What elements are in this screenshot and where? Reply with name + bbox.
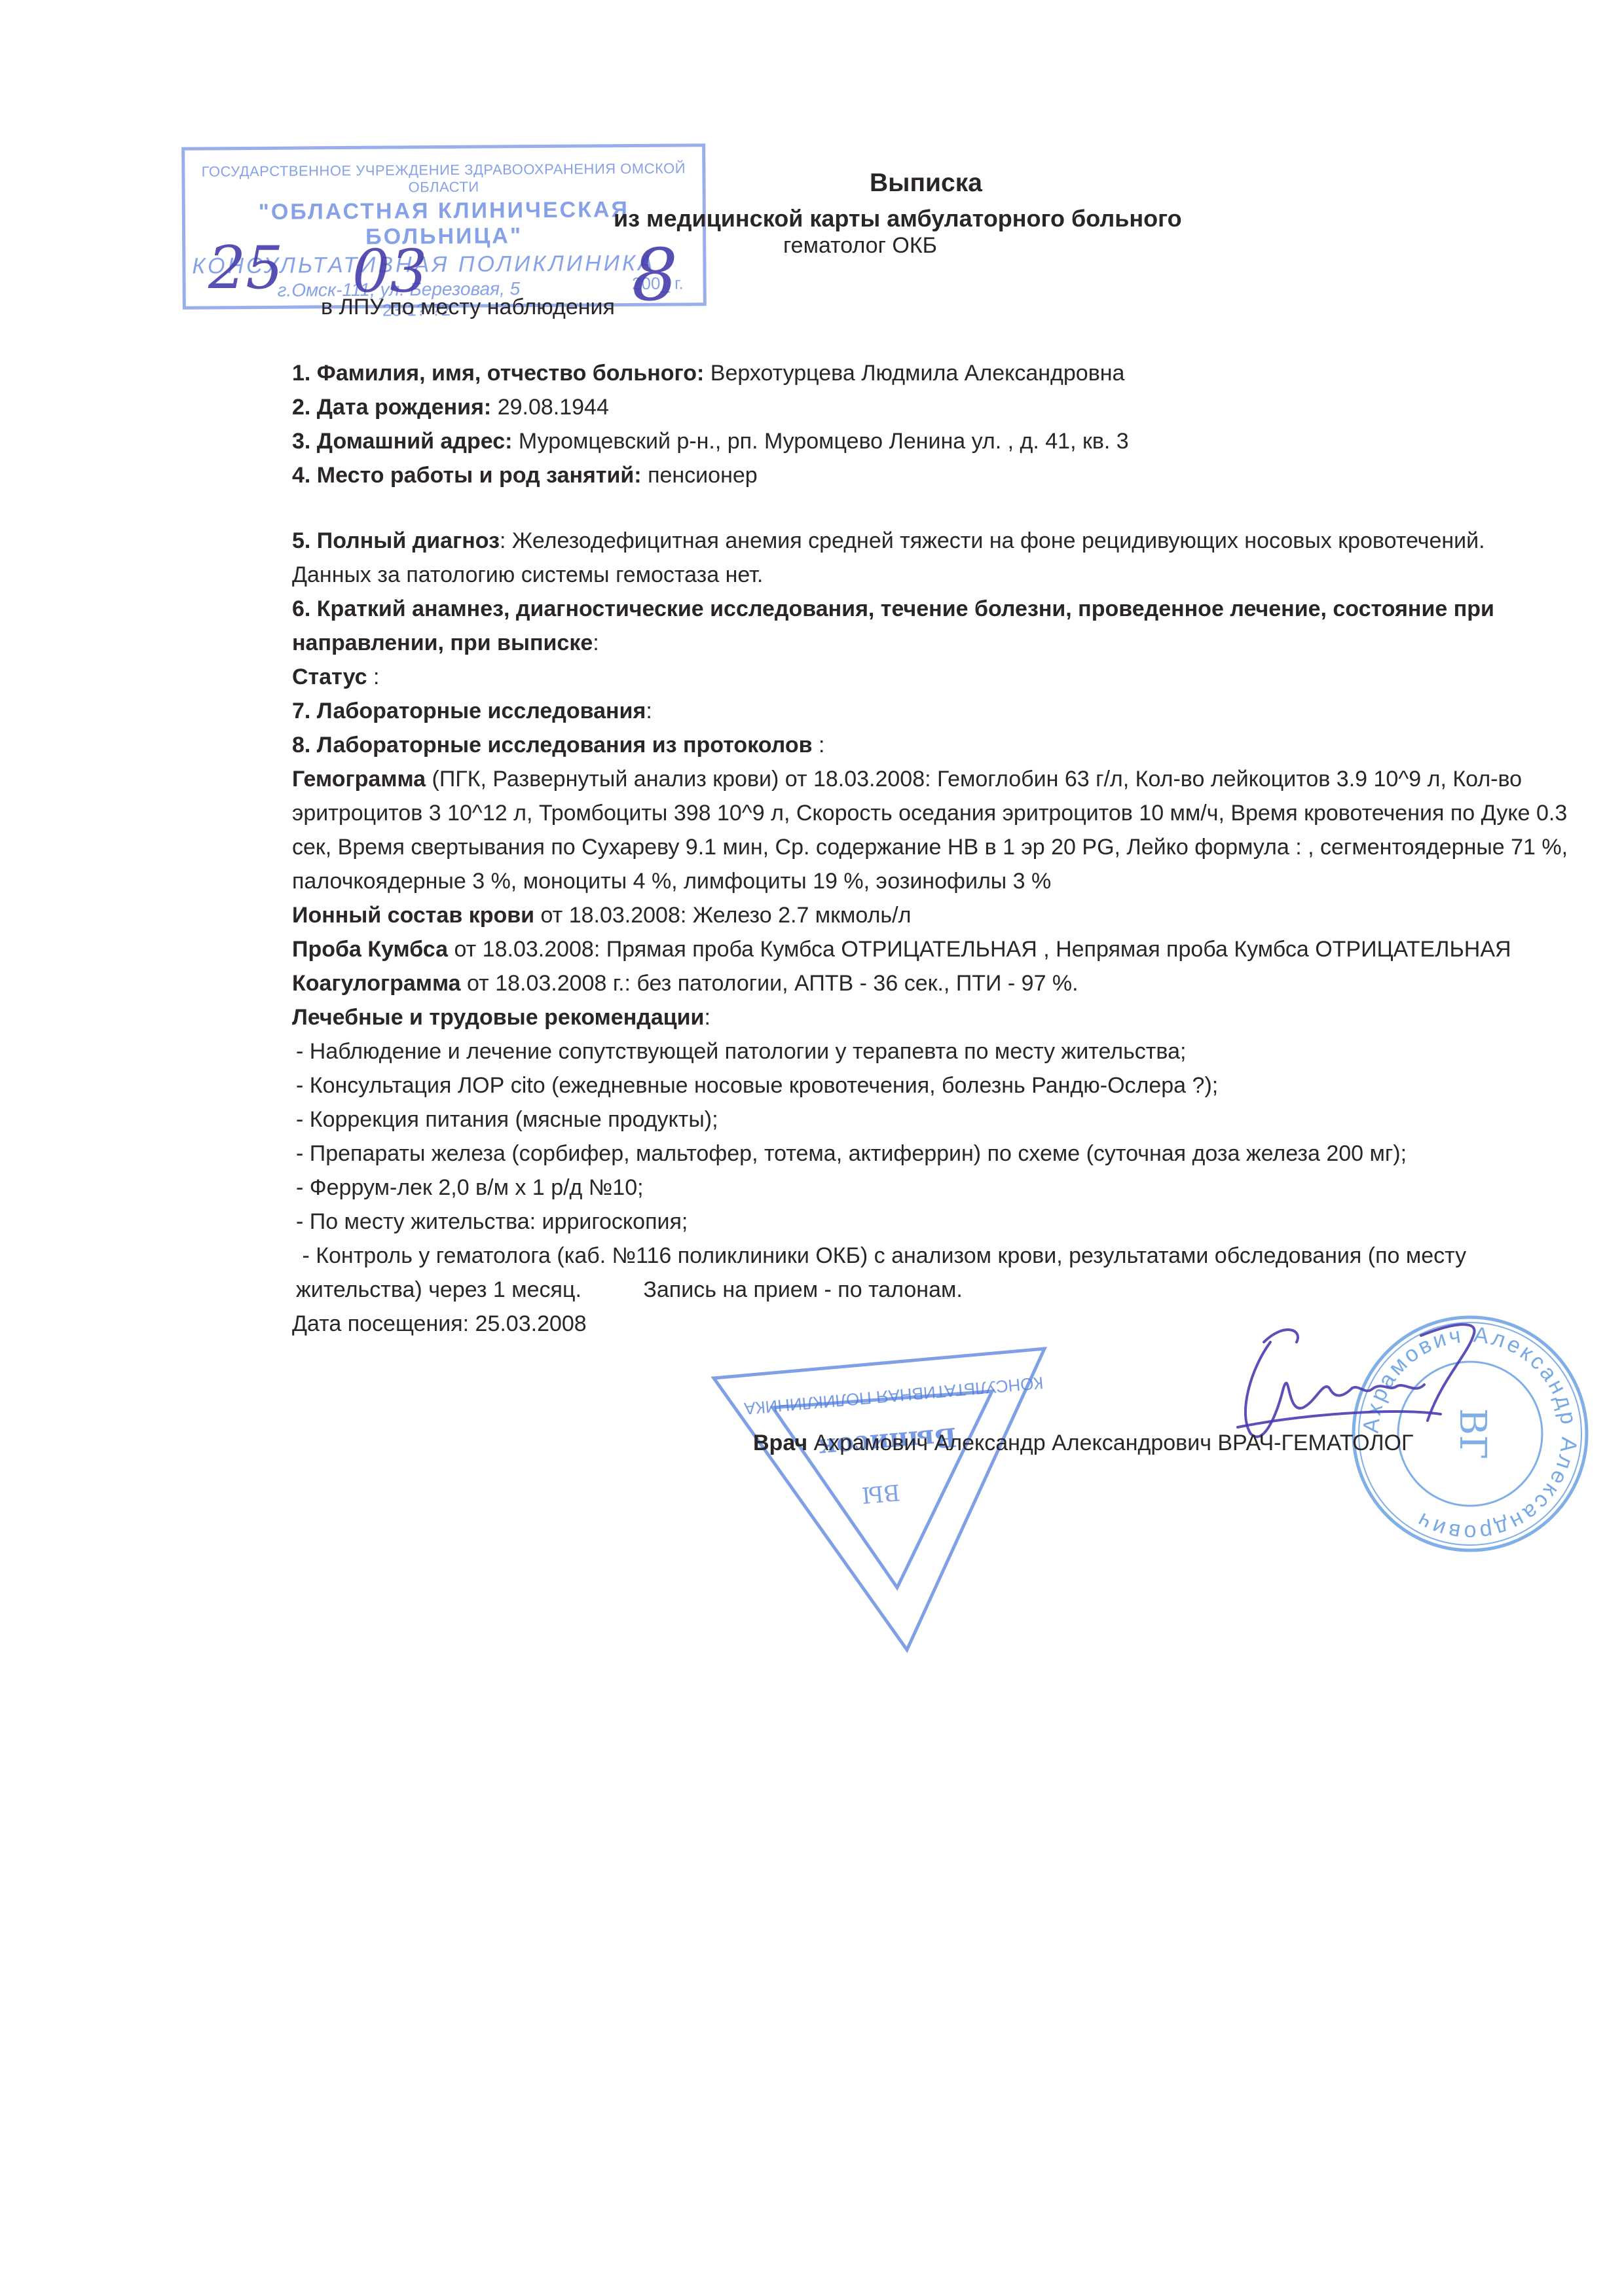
work-label: 4. Место работы и род занятий: xyxy=(292,463,642,488)
address-value: Муромцевский р-н., рп. Муромцево Ленина … xyxy=(519,429,1129,454)
recommendation-item: - По месту жительства: ирригоскопия; xyxy=(292,1205,1589,1239)
patient-name-value: Верхотурцева Людмила Александровна xyxy=(710,361,1125,386)
document-subtitle: из медицинской карты амбулаторного больн… xyxy=(614,205,1182,232)
address-row: 3. Домашний адрес: Муромцевский р-н., рп… xyxy=(292,424,1589,458)
anamnesis-label: 6. Краткий анамнез, диагностические иссл… xyxy=(292,596,1494,655)
coombs-value: от 18.03.2008: Прямая проба Кумбса ОТРИЦ… xyxy=(448,937,1511,962)
ion-row: Ионный состав крови от 18.03.2008: Желез… xyxy=(292,898,1589,932)
doctor-role-label: Врач xyxy=(753,1430,807,1455)
triangle-stamp-sub: ВЫ xyxy=(860,1479,901,1508)
lab8-colon: : xyxy=(813,733,825,757)
handwritten-month: 03 xyxy=(352,242,428,301)
doctor-signature-line: Врач Ахрамович Александр Александрович В… xyxy=(753,1430,1413,1456)
anamnesis-row: 6. Краткий анамнез, диагностические иссл… xyxy=(292,592,1589,660)
recommendation-item: - Феррум-лек 2,0 в/м х 1 р/д №10; xyxy=(292,1171,1589,1205)
patient-name-row: 1. Фамилия, имя, отчество больного: Верх… xyxy=(292,356,1589,390)
destination: в ЛПУ по месту наблюдения xyxy=(321,295,615,320)
lab8-label: 8. Лабораторные исследования из протокол… xyxy=(292,733,813,757)
document-body: 1. Фамилия, имя, отчество больного: Верх… xyxy=(292,356,1589,1341)
handwritten-year: 8 xyxy=(632,239,678,311)
coag-value: от 18.03.2008 г.: без патологии, АПТВ - … xyxy=(461,971,1079,996)
coag-label: Коагулограмма xyxy=(292,971,461,996)
handwritten-day: 25 xyxy=(208,239,284,298)
recommendation-item: - Коррекция питания (мясные продукты); xyxy=(292,1102,1589,1137)
spacer xyxy=(292,492,1589,524)
lab7-row: 7. Лабораторные исследования: xyxy=(292,694,1589,728)
coombs-label: Проба Кумбса xyxy=(292,937,448,962)
work-value: пенсионер xyxy=(648,463,758,488)
recommendation-item: - Препараты железа (сорбифер, мальтофер,… xyxy=(292,1137,1589,1171)
recommendations-header: Лечебные и трудовые рекомендации: xyxy=(292,1000,1589,1034)
coombs-row: Проба Кумбса от 18.03.2008: Прямая проба… xyxy=(292,932,1589,966)
address-label: 3. Домашний адрес: xyxy=(292,429,512,454)
status-colon: : xyxy=(367,665,380,689)
dob-label: 2. Дата рождения: xyxy=(292,395,491,420)
lab8-row: 8. Лабораторные исследования из протокол… xyxy=(292,728,1589,762)
ion-value: от 18.03.2008: Железо 2.7 мкмоль/л xyxy=(534,903,911,928)
hemogram-row: Гемограмма (ПГК, Развернутый анализ кров… xyxy=(292,762,1589,898)
recommendation-item: - Консультация ЛОР cito (ежедневные носо… xyxy=(292,1068,1589,1102)
dob-value: 29.08.1944 xyxy=(498,395,609,420)
coag-row: Коагулограмма от 18.03.2008 г.: без пато… xyxy=(292,966,1589,1000)
patient-name-label: 1. Фамилия, имя, отчество больного: xyxy=(292,361,704,386)
status-label: Статус xyxy=(292,665,367,689)
dob-row: 2. Дата рождения: 29.08.1944 xyxy=(292,390,1589,424)
triangle-stamp-icon: КОНСУЛЬТАТИВНАЯ ПОЛИКЛИНИКА Выписок ВЫ xyxy=(704,1345,1058,1653)
doctor-name: Ахрамович Александр Александрович ВРАЧ-Г… xyxy=(807,1430,1413,1455)
diagnosis-row: 5. Полный диагноз: Железодефицитная анем… xyxy=(292,524,1589,558)
work-row: 4. Место работы и род занятий: пенсионер xyxy=(292,458,1589,492)
ion-label: Ионный состав крови xyxy=(292,903,534,928)
recommendations-colon: : xyxy=(704,1005,710,1030)
anamnesis-colon: : xyxy=(593,630,599,655)
diagnosis-value: : Железодефицитная анемия средней тяжест… xyxy=(500,528,1485,553)
lab7-label: 7. Лабораторные исследования xyxy=(292,699,646,723)
status-row: Статус : xyxy=(292,660,1589,694)
diagnosis-label: 5. Полный диагноз xyxy=(292,528,500,553)
hemogram-value: (ПГК, Развернутый анализ крови) от 18.03… xyxy=(292,767,1568,894)
department: гематолог ОКБ xyxy=(783,233,937,259)
hemogram-label: Гемограмма xyxy=(292,767,426,792)
diagnosis-note: Данных за патологию системы гемостаза не… xyxy=(292,558,1589,592)
lab7-colon: : xyxy=(646,699,652,723)
document-page: ГОСУДАРСТВЕННОЕ УЧРЕЖДЕНИЕ ЗДРАВООХРАНЕН… xyxy=(0,0,1624,2296)
document-title: Выписка xyxy=(870,169,982,198)
recommendation-item: - Контроль у гематолога (каб. №116 полик… xyxy=(292,1239,1589,1307)
recommendations-label: Лечебные и трудовые рекомендации xyxy=(292,1005,704,1030)
stamp-line-1: ГОСУДАРСТВЕННОЕ УЧРЕЖДЕНИЕ ЗДРАВООХРАНЕН… xyxy=(185,160,702,198)
recommendation-item: - Наблюдение и лечение сопутствующей пат… xyxy=(292,1034,1589,1068)
triangle-stamp-text: КОНСУЛЬТАТИВНАЯ ПОЛИКЛИНИКА xyxy=(743,1373,1044,1419)
